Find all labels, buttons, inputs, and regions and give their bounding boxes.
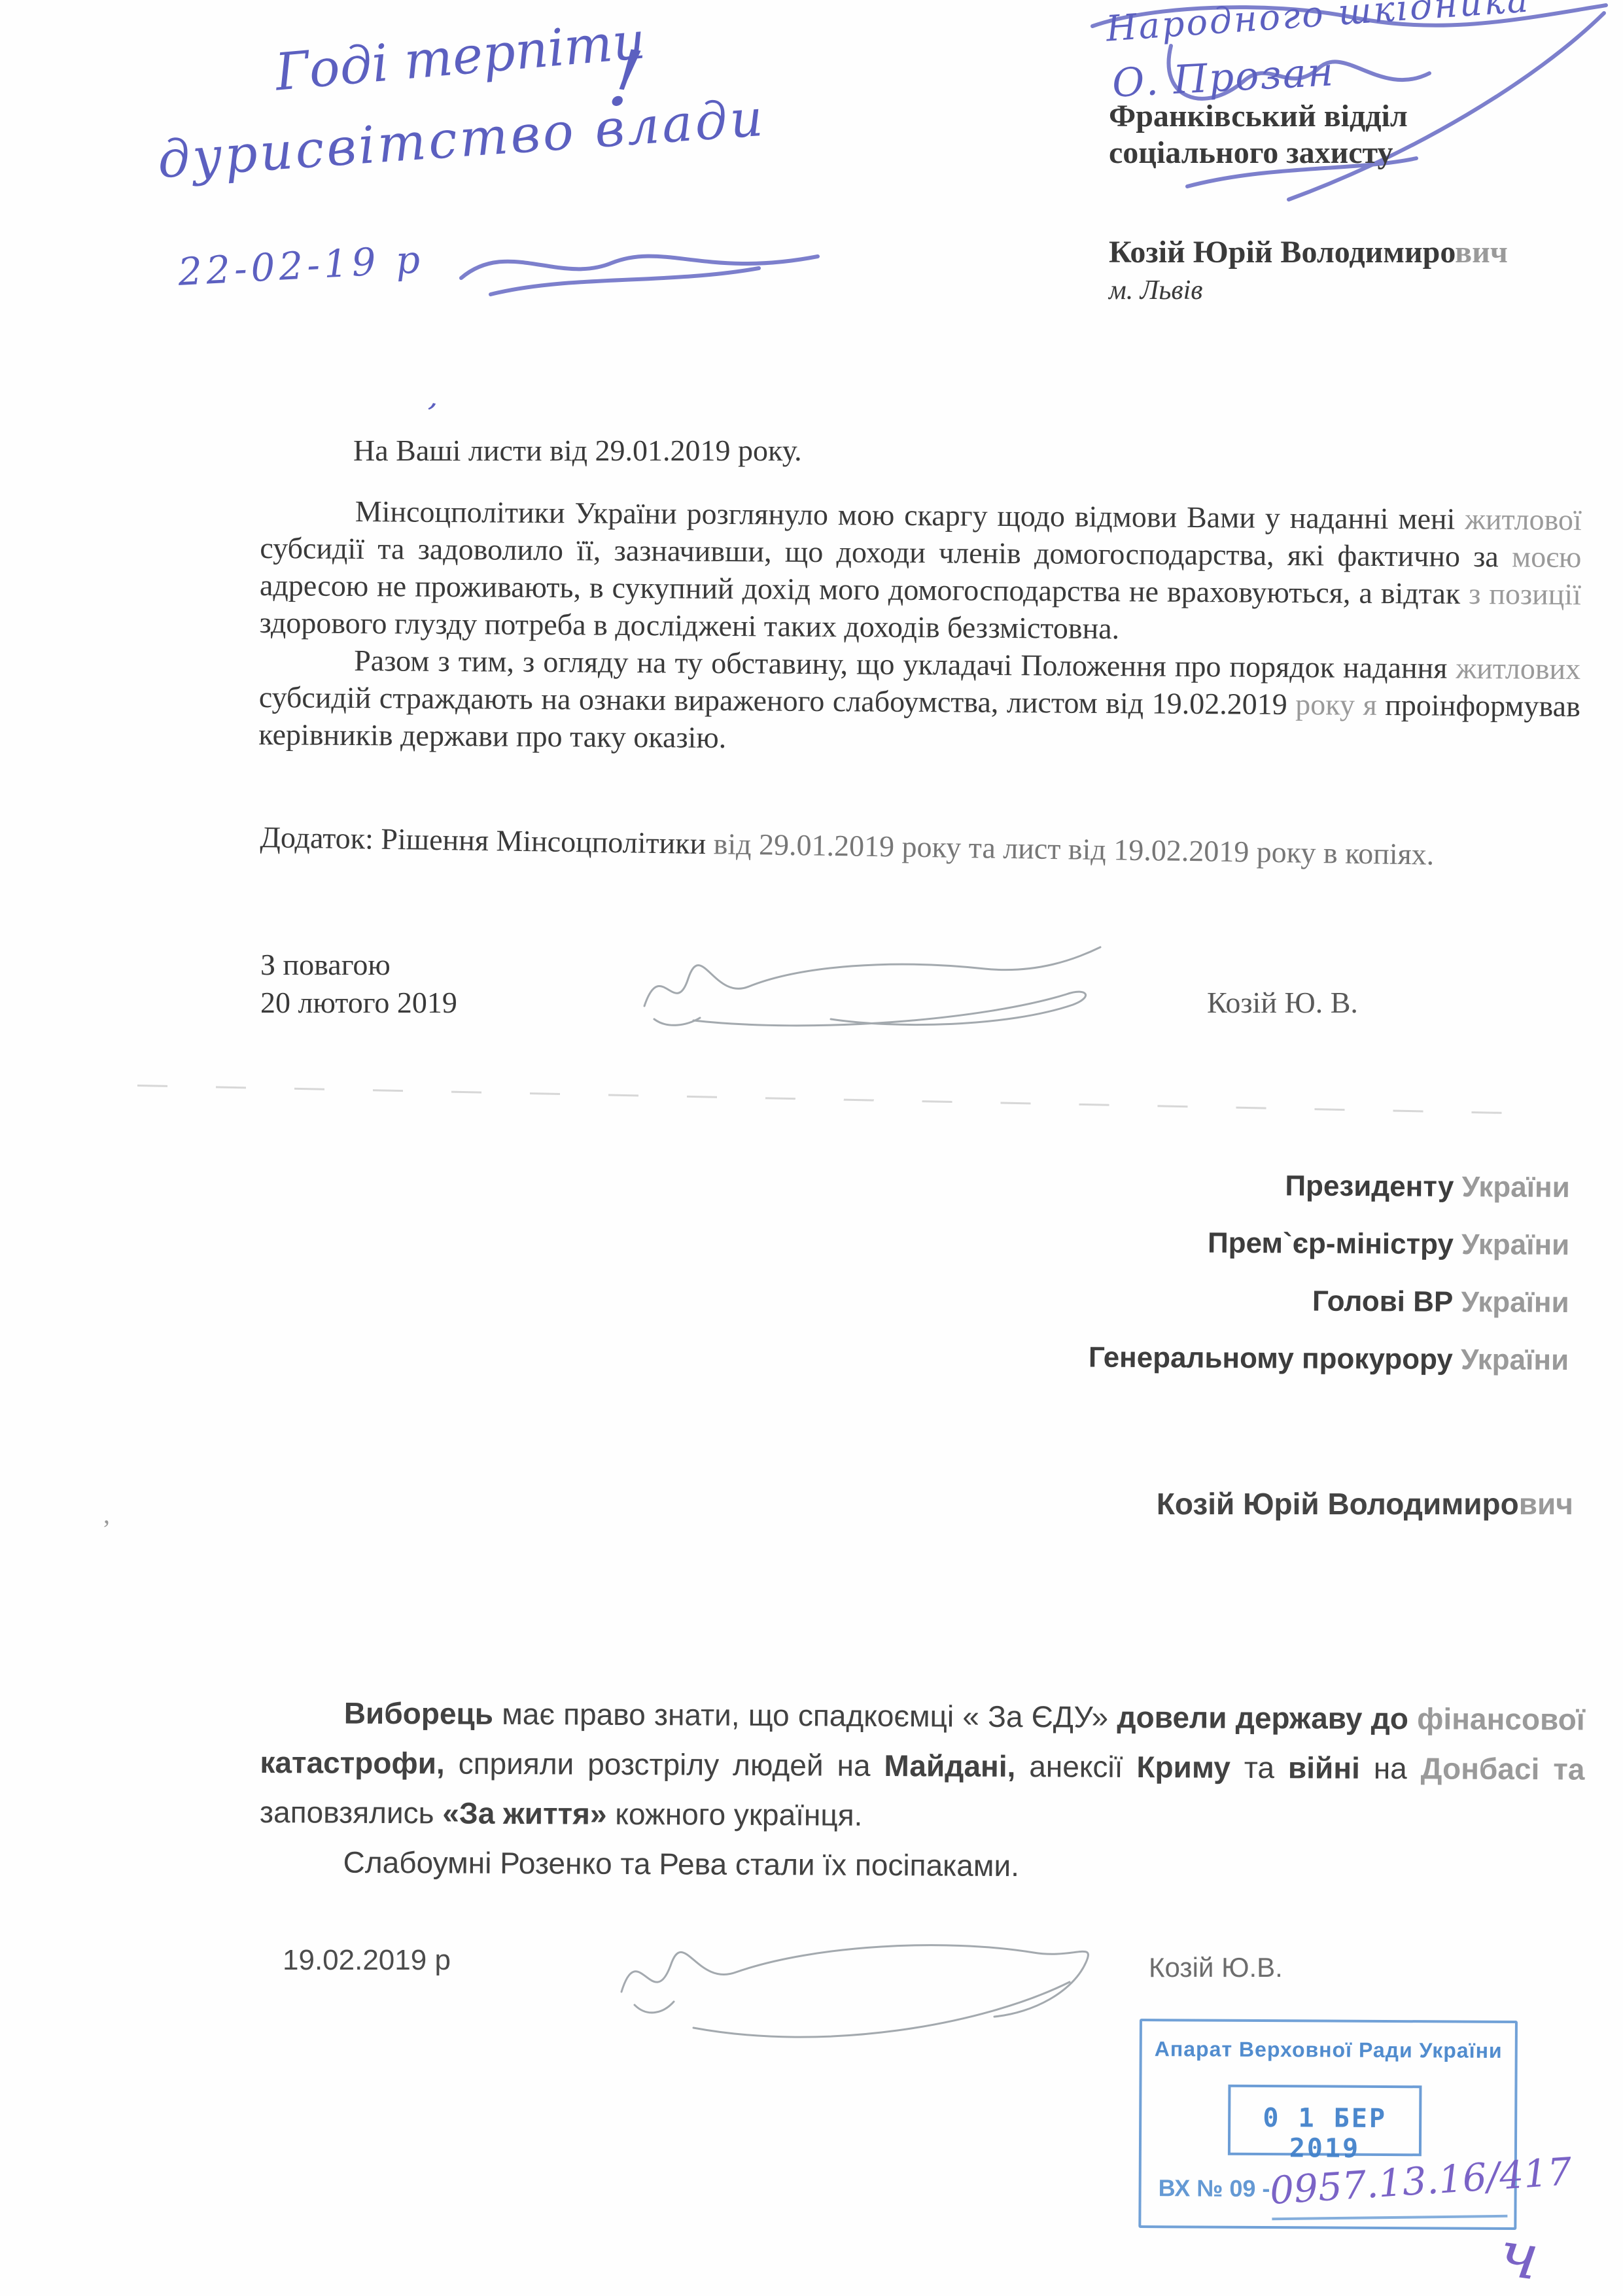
margin-mark: ’ <box>102 1514 111 1544</box>
addressee-title: Голові ВР <box>1312 1285 1461 1318</box>
addressee-block: Президенту України Прем`єр-міністру Укра… <box>522 1153 1570 1389</box>
text-segment-bold: довели державу до <box>1117 1700 1417 1735</box>
handwritten-note-top-left-line1: Годі терпіти <box>273 11 648 102</box>
addressee-title: Прем`єр-міністру <box>1208 1227 1461 1261</box>
sender-name-main: Козій Юрій Володимиро <box>1157 1487 1519 1521</box>
text-segment-bold: «За життя» <box>442 1796 606 1830</box>
addressee-title: Генеральному прокурору <box>1089 1342 1461 1376</box>
addressee-country-faded: України <box>1461 1344 1569 1376</box>
text-segment: анексії <box>1015 1749 1136 1784</box>
addressee-president: Президенту України <box>523 1153 1570 1217</box>
salutation-line: На Ваші листи від 29.01.2019 року. <box>353 433 802 468</box>
text-segment: заповзялись <box>260 1795 443 1830</box>
text-segment-bold: катастрофи, <box>260 1745 445 1780</box>
addressee-title: Президенту <box>1285 1170 1462 1203</box>
text-segment: адресою не проживають, в сукупний дохід … <box>260 568 1469 610</box>
text-segment: субсидій страждають на ознаки вираженого… <box>259 680 1296 721</box>
signature-1 <box>615 921 1125 1035</box>
stamp-incoming-number-prefix: ВХ № 09 - <box>1159 2174 1270 2202</box>
org-line-1: Франківський відділ <box>1109 98 1408 135</box>
text-segment: має право знати, що спадкоємці « За ЄДУ» <box>493 1697 1117 1734</box>
attachment-detail: від 29.01.2019 року та лист від 19.02.20… <box>713 827 1434 871</box>
text-segment: на <box>1360 1751 1421 1785</box>
text-segment: здорового глузду потреба в досліджені та… <box>259 606 1119 645</box>
closing-line: З повагою <box>260 947 391 982</box>
org-line-2: соціального захисту <box>1109 135 1408 171</box>
text-segment-faded: року я <box>1295 687 1377 722</box>
attachment-line: Додаток: Рішення Мінсоцполітики від 29.0… <box>260 820 1621 875</box>
text-segment: кожного українця. <box>606 1797 862 1832</box>
addressee-prosecutor-general: Генеральному прокурору України <box>522 1325 1569 1389</box>
handwritten-note-top-left-line2: дурисвітство влади <box>156 89 767 190</box>
sender-name-letter2: Козій Юрій Володимирович <box>523 1486 1573 1522</box>
signature-name-letter2: Козій Ю.В. <box>1149 1952 1283 1983</box>
text-segment: та <box>1230 1750 1288 1784</box>
text-segment-bold-faded: Донбасі та <box>1421 1751 1585 1786</box>
fold-line <box>137 1085 1544 1115</box>
paragraph-2: Слабоумні Розенко та Рева стали їх посіп… <box>259 1837 1584 1894</box>
paragraph-1: Виборець має право знати, що спадкоємці … <box>260 1688 1585 1844</box>
sender-name-tail: вич <box>1519 1487 1573 1521</box>
stamp-underline <box>1272 2215 1507 2220</box>
text-segment-faded: житлової <box>1465 502 1582 536</box>
ink-tick-mark: ’ <box>421 396 439 432</box>
text-segment: сприяли розстрілу людей на <box>445 1746 884 1783</box>
text-segment-bold: війні <box>1288 1750 1360 1785</box>
paragraph-1: Мінсоцполітики України розглянуло мою ск… <box>259 492 1582 650</box>
text-segment-faded: житлових <box>1456 652 1580 686</box>
stamp-title: Апарат Верховної Ради України <box>1142 2037 1515 2063</box>
sender-name-tail: вич <box>1455 235 1508 270</box>
addressee-vr-head: Голові ВР України <box>522 1268 1569 1332</box>
text-segment-faded: моєю <box>1512 540 1582 574</box>
text-segment: субсидії та задоволило її, зазначивши, щ… <box>260 531 1512 573</box>
handwritten-date-note: 22-02-19 р <box>177 237 425 294</box>
text-segment-bold-faded: фінансової <box>1417 1701 1585 1736</box>
recipient-org-block: Франківський відділ соціального захисту <box>1109 98 1408 171</box>
sender-name-main: Козій Юрій Володимиро <box>1109 235 1455 270</box>
signature-name-letter1: Козій Ю. В. <box>1207 985 1358 1020</box>
text-segment-bold: Майдані, <box>884 1748 1015 1783</box>
paragraph-2: Разом з тим, з огляду на ту обставину, щ… <box>258 641 1580 762</box>
addressee-country-faded: України <box>1462 1171 1570 1204</box>
addressee-country-faded: України <box>1461 1228 1569 1261</box>
text-segment-bold: Виборець <box>344 1696 494 1731</box>
text-segment-bold: Криму <box>1136 1750 1230 1784</box>
text-segment: Мінсоцполітики України розглянуло мою ск… <box>355 495 1465 536</box>
addressee-prime-minister: Прем`єр-міністру України <box>523 1210 1570 1274</box>
sender-name-letter1: Козій Юрій Володимирович <box>1109 234 1508 270</box>
letter1-date: 20 лютого 2019 <box>260 985 457 1020</box>
attachment-label: Додаток: Рішення Мінсоцполітики <box>260 820 714 860</box>
letter1-body: Мінсоцполітики України розглянуло мою ск… <box>258 492 1582 762</box>
letter2-date: 19.02.2019 р <box>283 1944 451 1977</box>
text-segment: Разом з тим, з огляду на ту обставину, щ… <box>354 644 1456 685</box>
scanned-letter-page: Годі терпіти дурисвітство влади ! Народн… <box>0 0 1623 2296</box>
stamp-date: 0 1 БЕР 2019 <box>1230 2103 1419 2165</box>
letter2-body: Виборець має право знати, що спадкоємці … <box>259 1688 1585 1894</box>
stamp-date-box: 0 1 БЕР 2019 <box>1228 2085 1422 2157</box>
sender-city: м. Львів <box>1109 275 1203 306</box>
flourish-date <box>451 222 831 307</box>
registration-stamp: Апарат Верховної Ради України 0 1 БЕР 20… <box>1138 2019 1518 2230</box>
addressee-country-faded: України <box>1461 1286 1569 1319</box>
signature-2 <box>576 1900 1112 2044</box>
text-segment-faded: з позиції <box>1469 577 1581 611</box>
